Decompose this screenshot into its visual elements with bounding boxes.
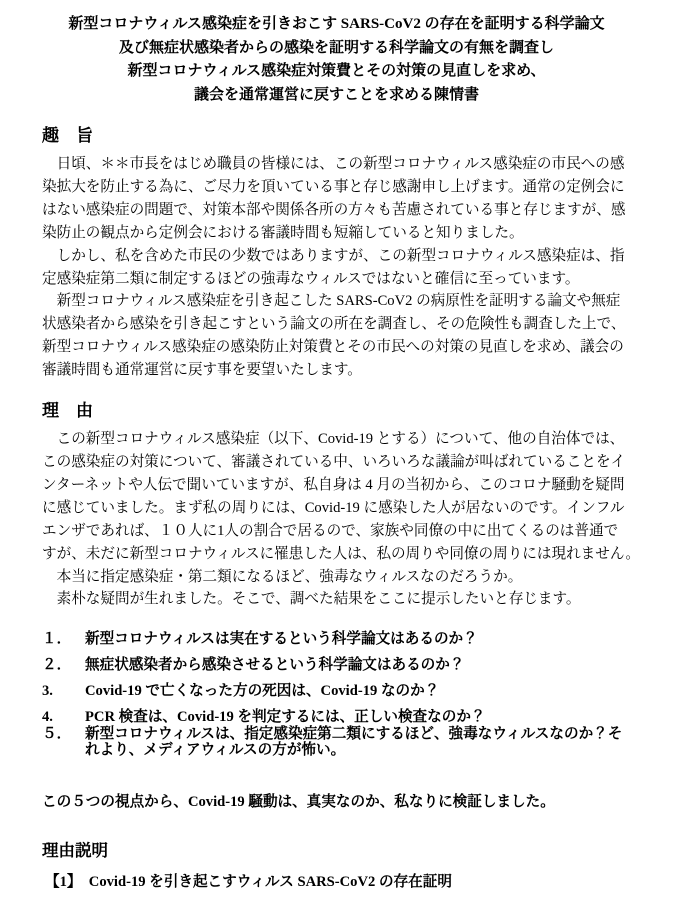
question-item-4: 4. PCR 検査は、Covid-19 を判定するには、正しい検査なのか？: [42, 709, 631, 726]
purpose-paragraph-2: しかし、私を含めた市民の少数ではありますが、この新型コロナウィルス感染症は、指 …: [42, 245, 631, 291]
question-text: PCR 検査は、Covid-19 を判定するには、正しい検査なのか？: [85, 709, 486, 726]
question-number: 3.: [42, 683, 85, 700]
question-number: ２．: [42, 657, 85, 674]
purpose-paragraph-3: 新型コロナウィルス感染症を引き起こした SARS-CoV2 の病原性を証明する論…: [42, 290, 631, 382]
question-number: ５．: [42, 726, 85, 759]
question-text: 新型コロナウィルスは、指定感染症第二類にするほど、強毒なウィルスなのか？そ れよ…: [85, 726, 622, 759]
section-heading-explanation: 理由説明: [42, 837, 631, 861]
question-number: 4.: [42, 709, 85, 726]
section-heading-purpose: 趣 旨: [42, 121, 631, 146]
reason-paragraph-2: 本当に指定感染症・第二類になるほど、強毒なウィルスなのだろうか。: [42, 566, 631, 589]
question-text: 無症状感染者から感染させるという科学論文はあるのか？: [85, 657, 464, 674]
explanation-item-1: 【1】 Covid-19 を引き起こすウィルス SARS-CoV2 の存在証明: [42, 870, 631, 891]
reason-paragraph-3: 素朴な疑問が生れました。そこで、調べた結果をここに提示したいと存じます。: [42, 588, 631, 611]
question-text: 新型コロナウィルスは実在するという科学論文はあるのか？: [85, 631, 478, 648]
question-number: １．: [42, 631, 85, 648]
document-title: 新型コロナウィルス感染症を引きおこす SARS-CoV2 の存在を証明する科学論…: [42, 13, 631, 107]
question-item-1: １． 新型コロナウィルスは実在するという科学論文はあるのか？: [42, 631, 631, 648]
section-heading-reason: 理 由: [42, 396, 631, 421]
question-item-3: 3. Covid-19 で亡くなった方の死因は、Covid-19 なのか？: [42, 683, 631, 700]
question-item-5: ５． 新型コロナウィルスは、指定感染症第二類にするほど、強毒なウィルスなのか？そ…: [42, 726, 631, 759]
purpose-paragraph-1: 日頃、＊＊市長をはじめ職員の皆様には、この新型コロナウィルス感染症の市民への感 …: [42, 153, 631, 245]
question-list: １． 新型コロナウィルスは実在するという科学論文はあるのか？ ２． 無症状感染者…: [42, 631, 631, 759]
reason-paragraph-1: この新型コロナウィルス感染症（以下、Covid-19 とする）について、他の自治…: [42, 428, 631, 565]
question-item-2: ２． 無症状感染者から感染させるという科学論文はあるのか？: [42, 657, 631, 674]
question-text: Covid-19 で亡くなった方の死因は、Covid-19 なのか？: [85, 683, 439, 700]
document-page: 新型コロナウィルス感染症を引きおこす SARS-CoV2 の存在を証明する科学論…: [0, 0, 673, 921]
closing-statement: この５つの視点から、Covid-19 騒動は、真実なのか、私なりに検証しました。: [42, 790, 631, 811]
